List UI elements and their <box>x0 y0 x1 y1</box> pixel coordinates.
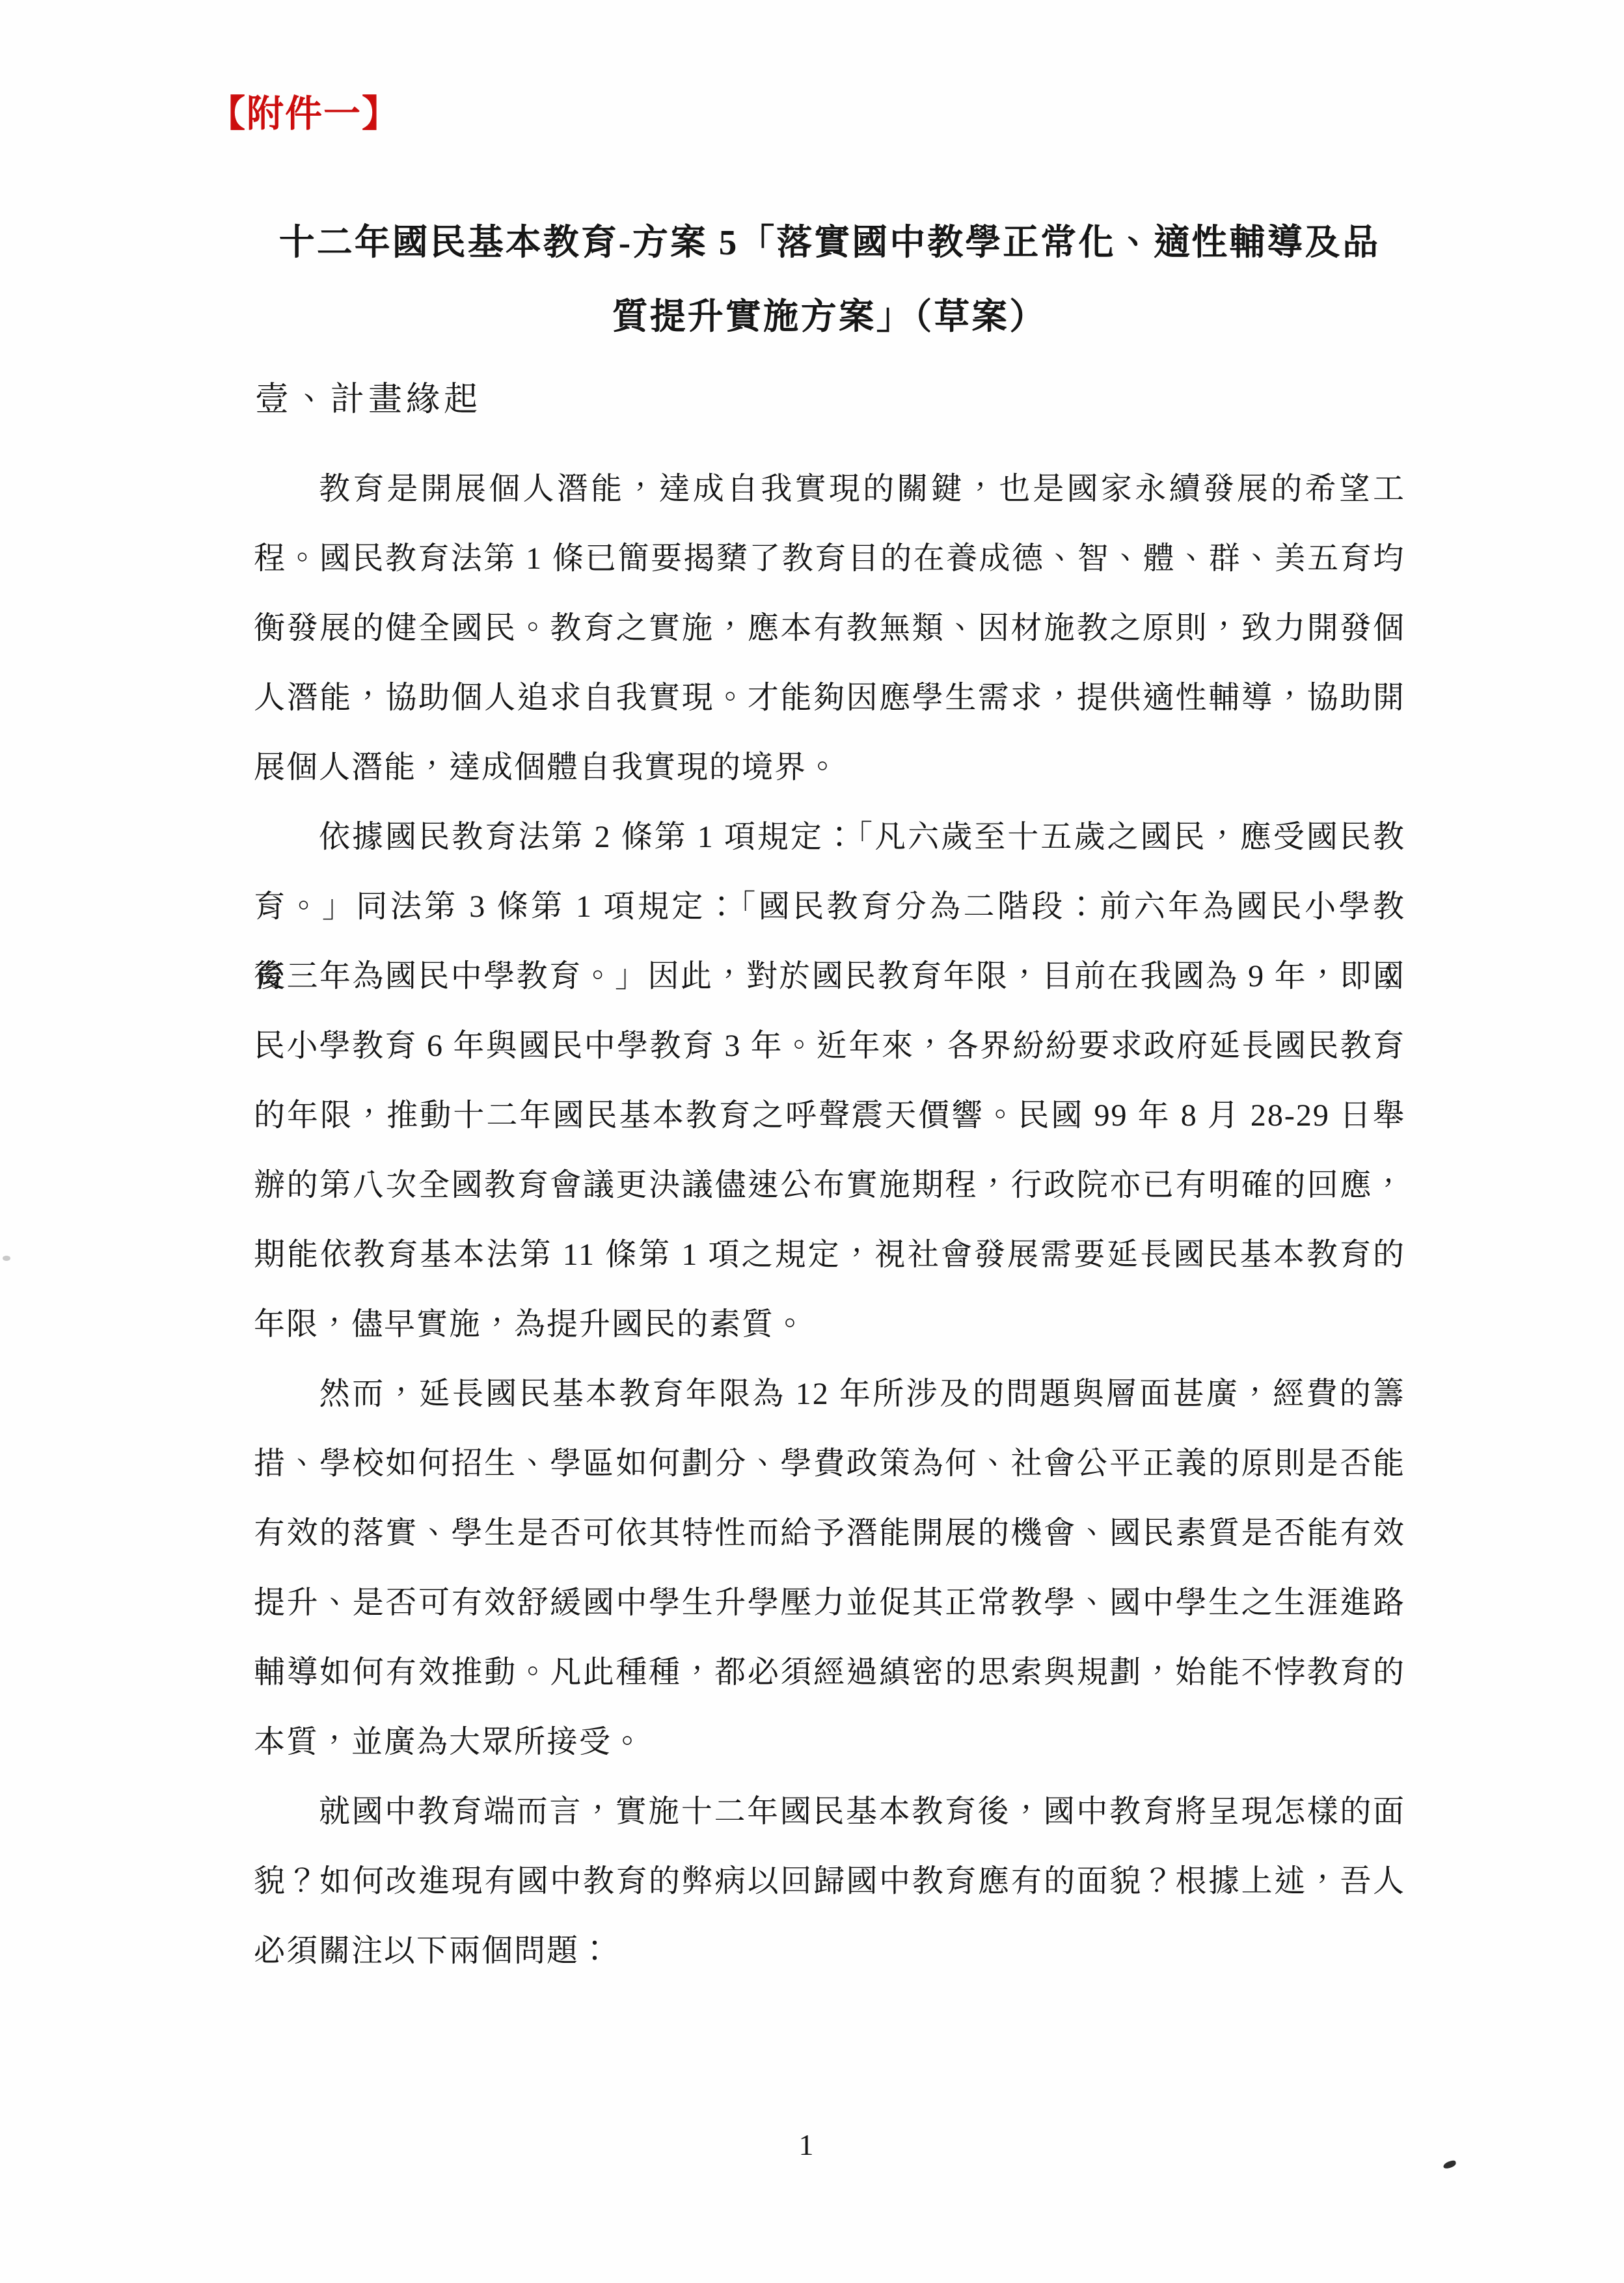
paragraph-2-line-1: 依據國民教育法第 2 條第 1 項規定：「凡六歲至十五歲之國民，應受國民教 <box>254 802 1405 872</box>
paragraph-4-line-1: 就國中教育端而言，實施十二年國民基本教育後，國中教育將呈現怎樣的面 <box>254 1777 1405 1846</box>
paragraph-2-line-8: 年限，儘早實施，為提升國民的素質。 <box>254 1290 1405 1359</box>
paragraph-1-line-5: 展個人潛能，達成個體自我實現的境界。 <box>254 733 1405 802</box>
paragraph-1-line-4: 人潛能，協助個人追求自我實現。才能夠因應學生需求，提供適性輔導，協助開 <box>254 663 1405 733</box>
paragraph-3-line-5: 輔導如何有效推動。凡此種種，都必須經過縝密的思索與規劃，始能不悖教育的 <box>254 1638 1405 1707</box>
paragraph-1-line-1: 教育是開展個人潛能，達成自我實現的關鍵，也是國家永續發展的希望工 <box>254 454 1405 524</box>
paragraph-3-line-2: 措、學校如何招生、學區如何劃分、學費政策為何、社會公平正義的原則是否能 <box>254 1429 1405 1498</box>
page-number: 1 <box>0 2122 1612 2168</box>
section-heading: 壹、計畫緣起 <box>255 374 481 426</box>
paragraph-2-line-4: 民小學教育 6 年與國民中學教育 3 年。近年來，各界紛紛要求政府延長國民教育 <box>254 1011 1405 1081</box>
paragraph-2-line-7: 期能依教育基本法第 11 條第 1 項之規定，視社會發展需要延長國民基本教育的 <box>254 1220 1405 1290</box>
attachment-label: 【附件一】 <box>208 88 400 141</box>
scan-artifact-speck <box>3 1256 10 1261</box>
paragraph-2-line-3: 後三年為國民中學教育。」因此，對於國民教育年限，目前在我國為 9 年，即國 <box>254 941 1405 1011</box>
paragraph-2-line-2: 育。」同法第 3 條第 1 項規定：「國民教育分為二階段：前六年為國民小學教育； <box>254 872 1405 941</box>
document-title-line-2: 質提升實施方案」（草案） <box>254 280 1405 354</box>
document-title: 十二年國民基本教育-方案 5「落實國中教學正常化、適性輔導及品 質提升實施方案」… <box>254 206 1405 354</box>
body-text: 教育是開展個人潛能，達成自我實現的關鍵，也是國家永續發展的希望工 程。國民教育法… <box>254 454 1405 1986</box>
paragraph-4-line-3: 必須關注以下兩個問題： <box>254 1916 1405 1986</box>
paragraph-3-line-1: 然而，延長國民基本教育年限為 12 年所涉及的問題與層面甚廣，經費的籌 <box>254 1359 1405 1429</box>
paragraph-3-line-3: 有效的落實、學生是否可依其特性而給予潛能開展的機會、國民素質是否能有效 <box>254 1498 1405 1568</box>
paragraph-3-line-4: 提升、是否可有效舒緩國中學生升學壓力並促其正常教學、國中學生之生涯進路 <box>254 1568 1405 1638</box>
paragraph-1-line-2: 程。國民教育法第 1 條已簡要揭櫫了教育目的在養成德、智、體、群、美五育均 <box>254 524 1405 593</box>
paragraph-2-line-6: 辦的第八次全國教育會議更決議儘速公布實施期程，行政院亦已有明確的回應， <box>254 1150 1405 1220</box>
paragraph-2-line-5: 的年限，推動十二年國民基本教育之呼聲震天價響。民國 99 年 8 月 28-29… <box>254 1081 1405 1150</box>
paragraph-4-line-2: 貌？如何改進現有國中教育的弊病以回歸國中教育應有的面貌？根據上述，吾人 <box>254 1846 1405 1916</box>
paragraph-3-line-6: 本質，並廣為大眾所接受。 <box>254 1707 1405 1777</box>
paragraph-1-line-3: 衡發展的健全國民。教育之實施，應本有教無類、因材施教之原則，致力開發個 <box>254 593 1405 663</box>
document-page: 【附件一】 十二年國民基本教育-方案 5「落實國中教學正常化、適性輔導及品 質提… <box>0 0 1624 2283</box>
document-title-line-1: 十二年國民基本教育-方案 5「落實國中教學正常化、適性輔導及品 <box>254 206 1405 280</box>
